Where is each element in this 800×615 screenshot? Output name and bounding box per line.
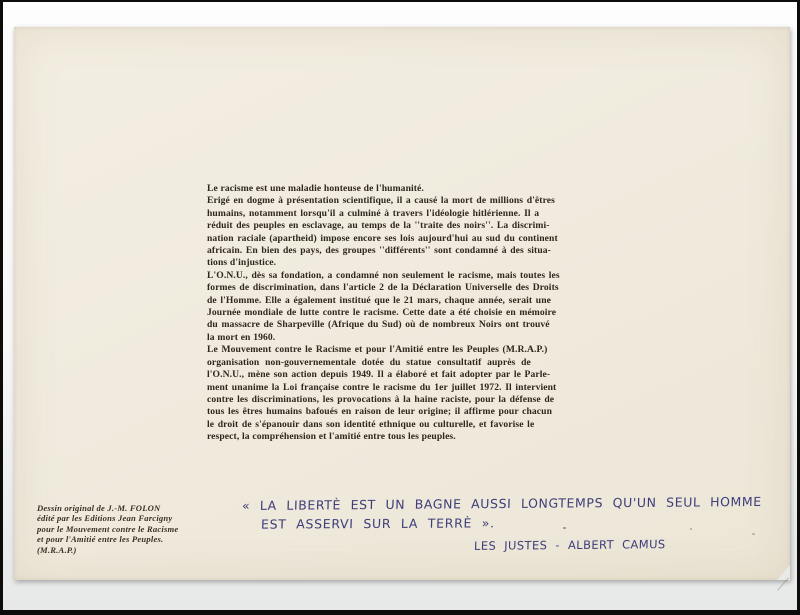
paragraph-onu: L'O.N.U., dès sa fondation, a condamné n… <box>207 270 585 344</box>
paper-speck <box>563 527 566 529</box>
print-line: de l'Homme. Elle a également institué qu… <box>207 295 585 307</box>
print-line: la mort en 1960. <box>207 332 585 344</box>
credit-line: pour le Mouvement contre le Racisme <box>37 524 227 534</box>
print-line: Le Mouvement contre le Racisme et pour l… <box>207 344 585 356</box>
paragraph-racism: Le racisme est une maladie honteuse de l… <box>207 183 585 270</box>
credit-line: Dessin original de J.-M. FOLON <box>37 503 227 513</box>
handwritten-quote-line-1: « LA LIBERTÈ EST UN BAGNE AUSSI LONGTEMP… <box>242 494 762 513</box>
paper-speck <box>752 533 755 535</box>
print-line: nation raciale (apartheid) impose encore… <box>207 233 585 245</box>
print-line: africain. En bien des pays, des groupes … <box>207 245 585 257</box>
handwritten-quote-line-2: EST ASSERVI SUR LA TERRÈ ». <box>261 515 495 531</box>
print-line: tous les êtres humains bafoués en raison… <box>207 406 585 418</box>
credit-line: édité par les Editions Jean Farcigny <box>37 513 227 523</box>
print-line: Erigé en dogme à présentation scientifiq… <box>207 195 585 207</box>
handwritten-attribution: LES JUSTES - ALBERT CAMUS <box>474 537 666 553</box>
print-line: humains, notamment lorsqu'il a culminé à… <box>207 208 585 220</box>
scanned-photo-background: { "card": { "paper_color": "#f1ecdf", "p… <box>0 0 800 615</box>
print-line: formes de discrimination, dans l'article… <box>207 282 585 294</box>
print-line: contre les discriminations, les provocat… <box>207 394 585 406</box>
credit-line: et pour l'Amitié entre les Peuples. <box>37 534 227 544</box>
print-line: du massacre de Sharpeville (Afrique du S… <box>207 319 585 331</box>
paper-speck <box>690 528 692 530</box>
print-line: L'O.N.U., dès sa fondation, a condamné n… <box>207 270 585 282</box>
credit-line: (M.R.A.P.) <box>37 545 227 555</box>
publisher-credit: Dessin original de J.-M. FOLON édité par… <box>37 503 227 555</box>
print-line: réduit des peuples en esclavage, au temp… <box>207 220 585 232</box>
print-line: Journée mondiale de lutte contre le raci… <box>207 307 585 319</box>
paragraph-mrap: Le Mouvement contre le Racisme et pour l… <box>207 344 585 443</box>
print-line: Le racisme est une maladie honteuse de l… <box>207 183 585 195</box>
print-line: l'O.N.U., mène son action depuis 1949. I… <box>207 369 585 381</box>
white-photo-mat: Le racisme est une maladie honteuse de l… <box>3 2 797 610</box>
print-line: le droit de s'épanouir dans son identité… <box>207 419 585 431</box>
print-line: ment unanime la Loi française contre le … <box>207 382 585 394</box>
print-line: organisation non-gouvernementale dotée d… <box>207 357 585 369</box>
print-line: respect, la compréhension et l'amitié en… <box>207 431 585 443</box>
postcard-back: Le racisme est une maladie honteuse de l… <box>14 27 790 580</box>
print-line: tions d'injustice. <box>207 257 585 269</box>
printed-text-block: Le racisme est une maladie honteuse de l… <box>207 183 585 444</box>
